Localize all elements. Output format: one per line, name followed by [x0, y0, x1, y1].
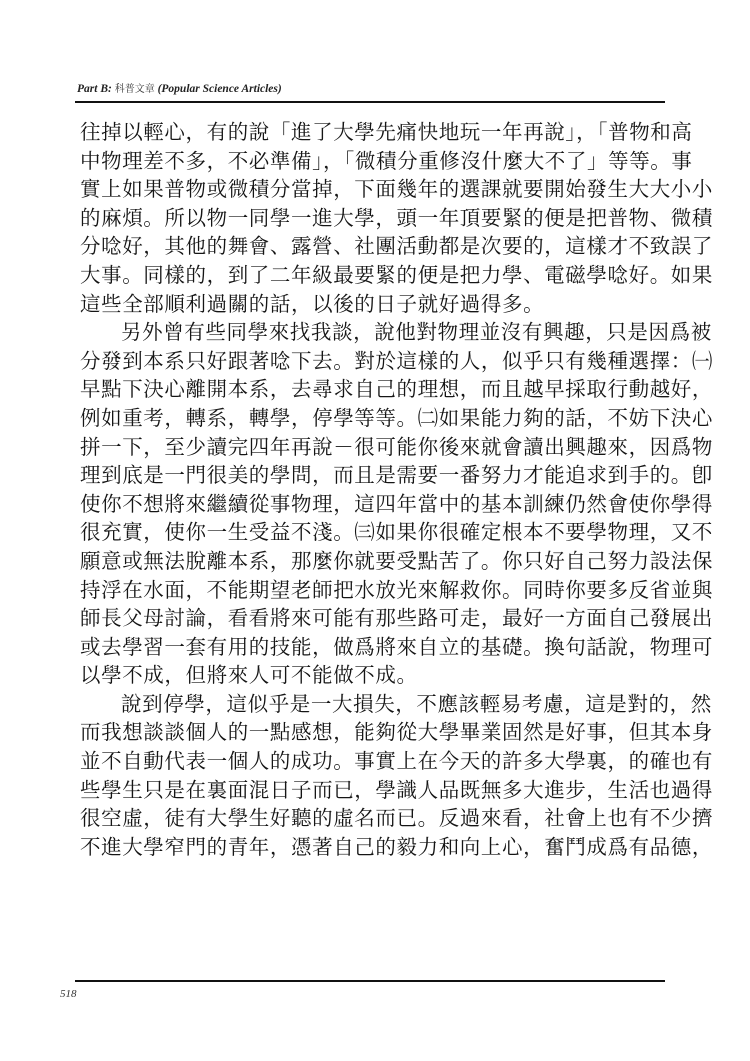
text-line: 以學不成，但將來人可不能做不成。 [80, 661, 670, 690]
article-body: 往掉以輕心，有的說「進了大學先痛快地玩一年再說」，「普物和高 中物理差不多，不必… [80, 118, 670, 861]
running-head-english: (Popular Science Articles) [155, 83, 282, 95]
text-line: 實上如果普物或微積分當掉，下面幾年的選課就要開始發生大大小小 [80, 175, 670, 204]
text-line: 中物理差不多，不必準備」，「微積分重修沒什麼大不了」等等。事 [80, 147, 670, 176]
text-line: 些學生只是在裏面混日子而已，學識人品既無多大進步，生活也過得 [80, 776, 670, 805]
text-line: 或去學習一套有用的技能，做爲將來自立的基礎。換句話說，物理可 [80, 633, 670, 662]
text-line: 分唸好，其他的舞會、露營、社團活動都是次要的，這樣才不致誤了 [80, 232, 670, 261]
running-head: Part B: 科普文章 (Popular Science Articles) [77, 80, 282, 95]
text-line: 早點下決心離開本系，去尋求自己的理想，而且越早採取行動越好， [80, 375, 670, 404]
text-line: 理到底是一門很美的學問，而且是需要一番努力才能追求到手的。卽 [80, 461, 670, 490]
running-head-part: Part B: [77, 83, 115, 95]
text-line: 很空虛，徒有大學生好聽的虛名而已。反過來看，社會上也有不少擠 [80, 804, 670, 833]
running-head-chinese: 科普文章 [115, 84, 155, 95]
text-line: 往掉以輕心，有的說「進了大學先痛快地玩一年再說」，「普物和高 [80, 118, 670, 147]
text-line: 持浮在水面，不能期望老師把水放光來解救你。同時你要多反省並與 [80, 576, 670, 605]
text-line: 師長父母討論，看看將來可能有那些路可走，最好一方面自己發展出 [80, 604, 670, 633]
text-line: 大事。同樣的，到了二年級最要緊的便是把力學、電磁學唸好。如果 [80, 261, 670, 290]
text-line: 另外曾有些同學來找我談，說他對物理並沒有興趣，只是因爲被 [80, 318, 670, 347]
text-line: 很充實，使你一生受益不淺。㈢如果你很確定根本不要學物理，又不 [80, 518, 670, 547]
text-line: 而我想談談個人的一點感想，能夠從大學畢業固然是好事，但其本身 [80, 718, 670, 747]
text-line: 這些全部順利過關的話，以後的日子就好過得多。 [80, 290, 670, 319]
text-line: 的麻煩。所以物一同學一進大學，頭一年頂要緊的便是把普物、微積 [80, 204, 670, 233]
header-rule [75, 101, 665, 103]
footer-rule [75, 980, 665, 982]
text-line: 願意或無法脫離本系，那麼你就要受點苦了。你只好自己努力設法保 [80, 547, 670, 576]
text-line: 說到停學，這似乎是一大損失，不應該輕易考慮，這是對的，然 [80, 690, 670, 719]
text-line: 拼一下，至少讀完四年再說－很可能你後來就會讀出興趣來，因爲物 [80, 433, 670, 462]
text-line: 使你不想將來繼續從事物理，這四年當中的基本訓練仍然會使你學得 [80, 490, 670, 519]
text-line: 例如重考，轉系，轉學，停學等等。㈡如果能力夠的話，不妨下決心 [80, 404, 670, 433]
text-line: 不進大學窄門的青年，憑著自己的毅力和向上心，奮鬥成爲有品德， [80, 833, 670, 862]
page-number: 518 [60, 988, 77, 1000]
text-line: 並不自動代表一個人的成功。事實上在今天的許多大學裏，的確也有 [80, 747, 670, 776]
text-line: 分發到本系只好跟著唸下去。對於這樣的人，似乎只有幾種選擇：㈠ [80, 347, 670, 376]
